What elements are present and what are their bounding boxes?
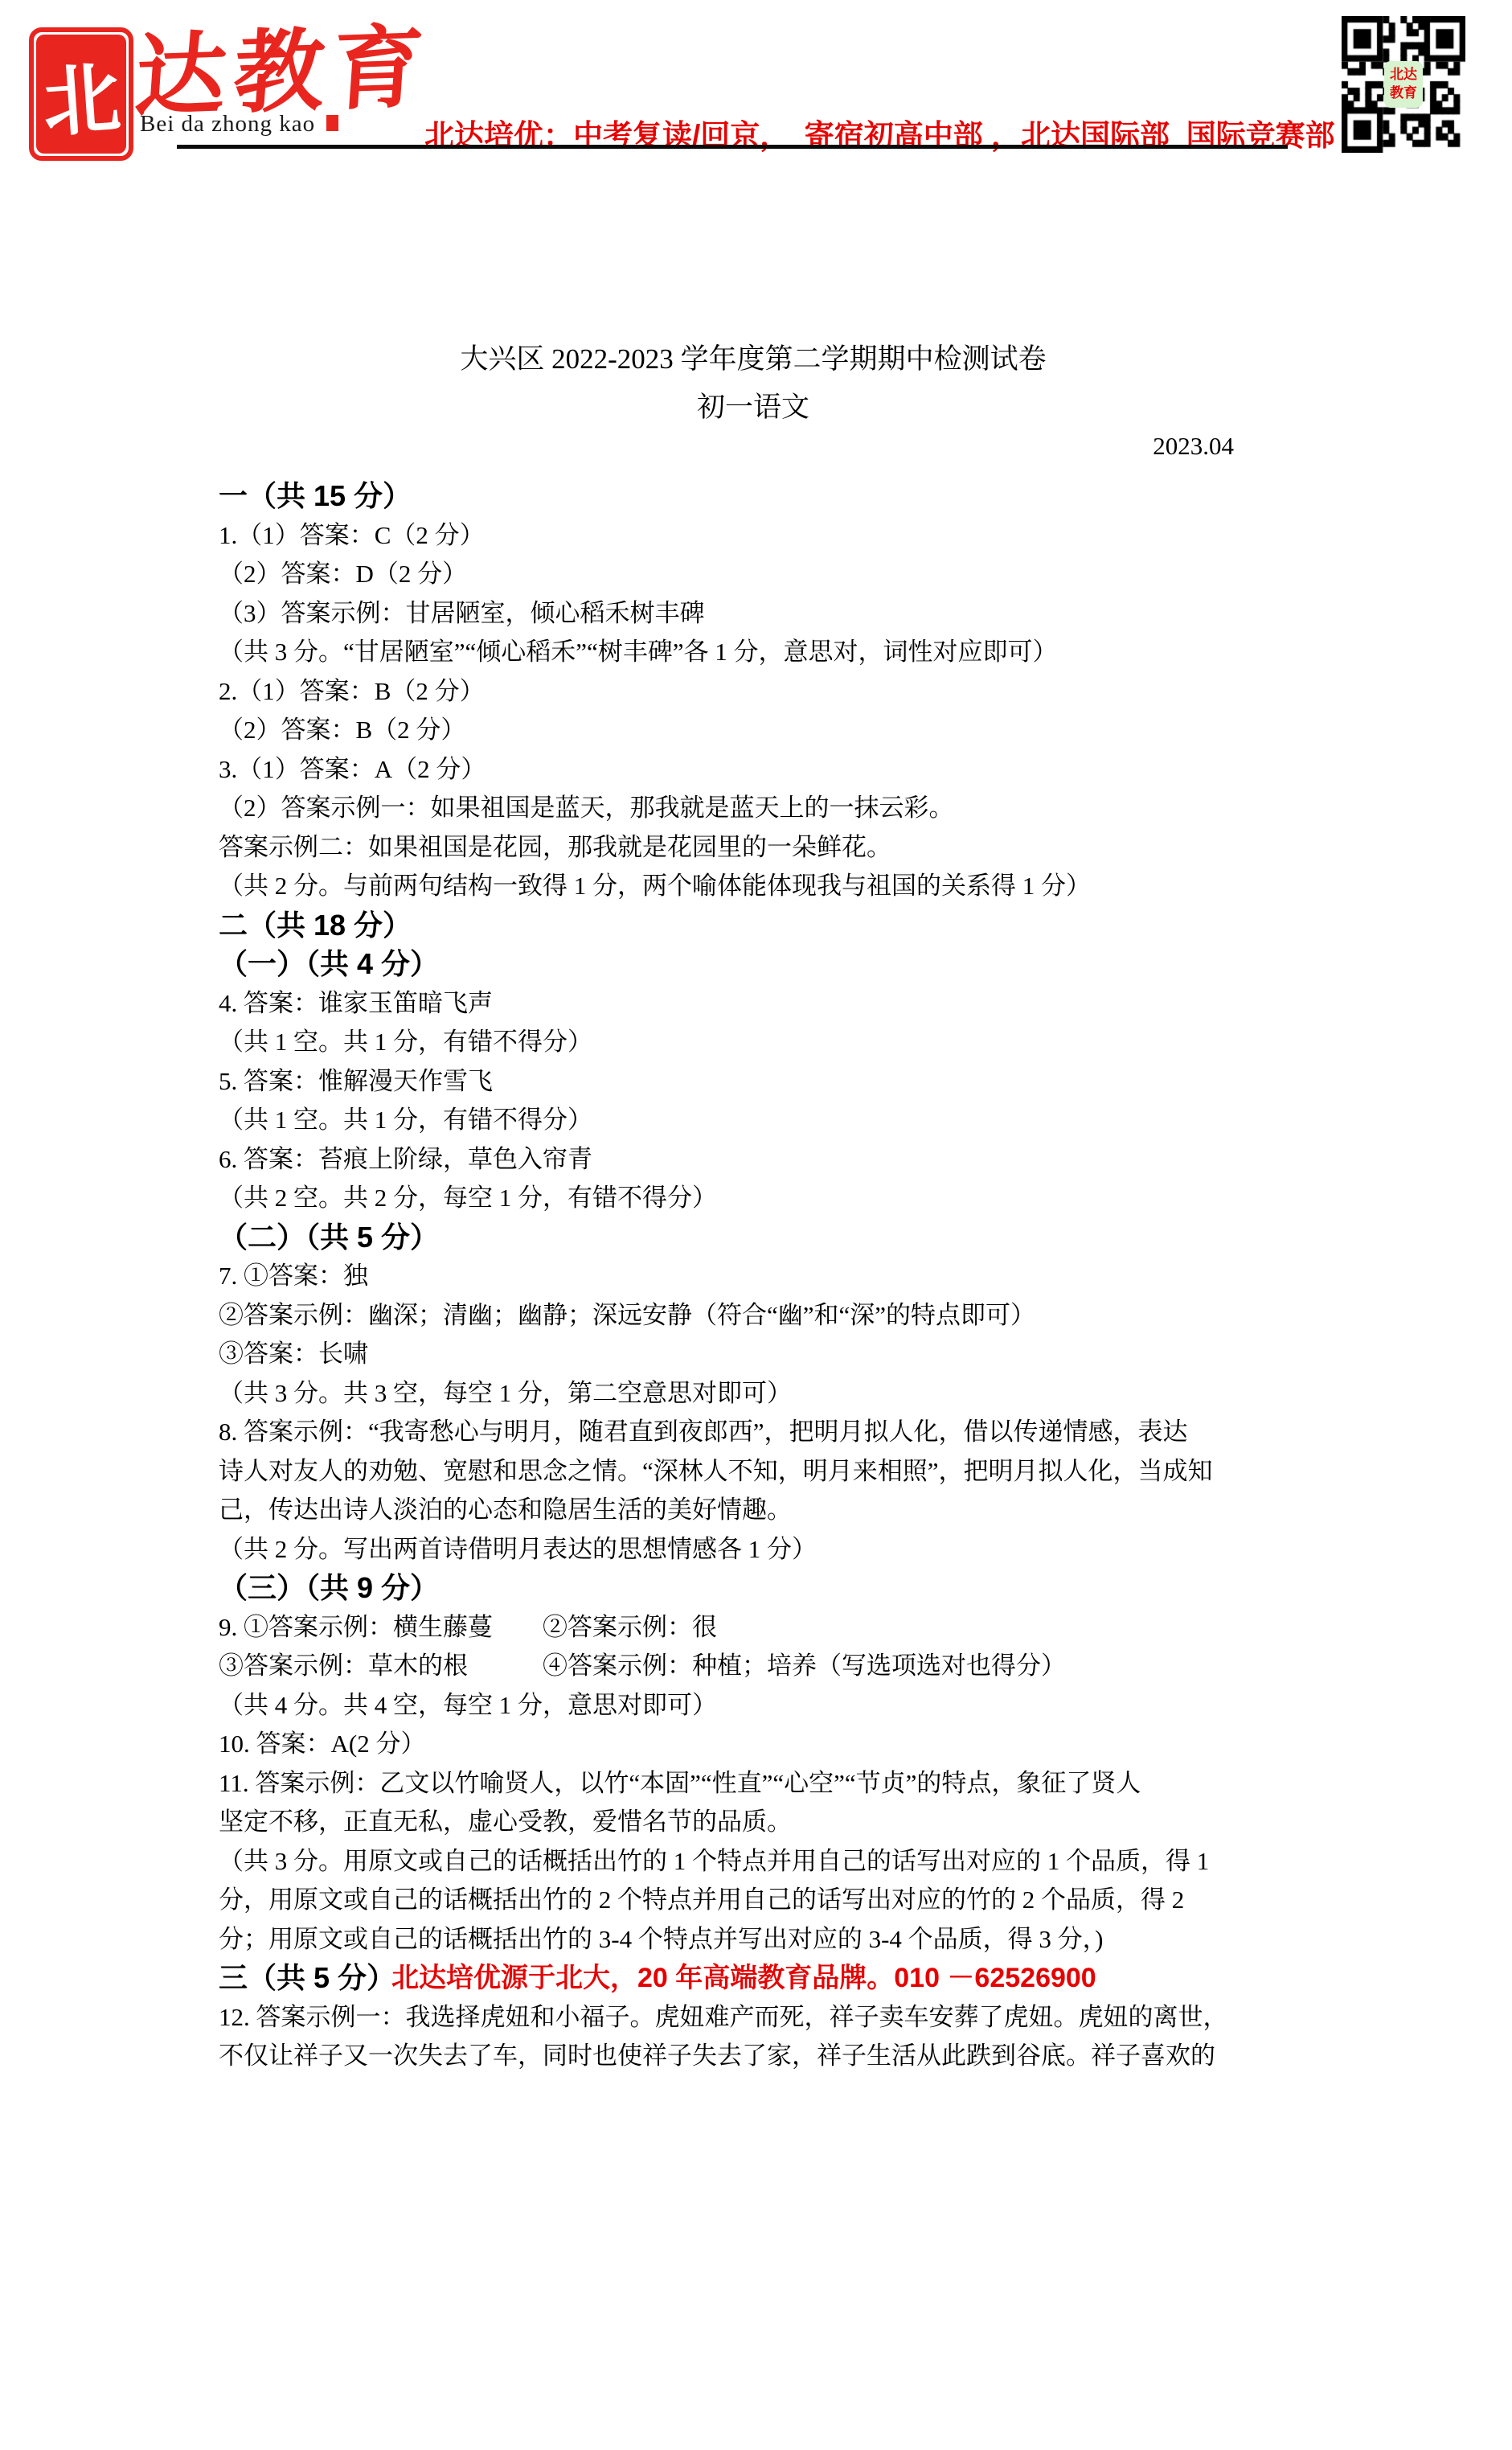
answer-line: （共 2 分。与前两句结构一致得 1 分，两个喻体能体现我与祖国的关系得 1 分… (219, 867, 1288, 906)
answer-line: 己，传达出诗人淡泊的心态和隐居生活的美好情趣。 (219, 1491, 1288, 1530)
section-heading: （三）（共 9 分） (219, 1569, 1288, 1608)
answer-line: （2）答案示例一：如果祖国是蓝天，那我就是蓝天上的一抹云彩。 (219, 789, 1288, 828)
watermark-red-line: 北达培优源于北大，20 年高端教育品牌。010 －62526900 (391, 1959, 1096, 1998)
qr-label-line1: 北达 (1390, 66, 1417, 84)
answer-line: 12. 答案示例一：我选择虎妞和小福子。虎妞难产而死，祥子卖车安葬了虎妞。虎妞的… (219, 1998, 1288, 2038)
answer-line: 诗人对友人的劝勉、宽慰和思念之情。“深林人不知，明月来相照”，把明月拟人化，当成… (219, 1452, 1288, 1492)
answer-line: 10. 答案：A(2 分） (219, 1725, 1288, 1764)
answer-line: （共 1 空。共 1 分，有错不得分） (219, 1101, 1288, 1140)
answer-line: 11. 答案示例：乙文以竹喻贤人，以竹“本固”“性直”“心空”“节贞”的特点，象… (219, 1764, 1288, 1804)
section-heading: 三（共 5 分）北达培优源于北大，20 年高端教育品牌。010 －6252690… (219, 1959, 1288, 1998)
answer-line: 坚定不移，正直无私，虚心受教，爱惜名节的品质。 (219, 1803, 1288, 1842)
answer-line: （共 3 分。用原文或自己的话概括出竹的 1 个特点并用自己的话写出对应的 1 … (219, 1842, 1288, 1882)
qr-center-label: 北达 教育 (1384, 61, 1423, 108)
logo-seal: 北 (29, 27, 133, 161)
section-heading: （一）（共 4 分） (219, 945, 1288, 984)
answer-line: 5. 答案：惟解漫天作雪飞 (219, 1062, 1288, 1102)
answer-line: 4. 答案：谁家玉笛暗飞声 (219, 984, 1288, 1024)
document-page: 北 达教育 Bei da zhong kao 北达培优：中考复读/回京， 寄宿初… (0, 0, 1512, 2450)
section-heading: 二（共 18 分） (219, 906, 1288, 946)
answer-line: 不仅让祥子又一次失去了车，同时也使祥子失去了家，祥子生活从此跌到谷底。祥子喜欢的 (219, 2037, 1288, 2076)
answer-lines: 一（共 15 分）1.（1）答案：C（2 分）（2）答案：D（2 分）（3）答案… (219, 477, 1288, 2076)
answer-line: 6. 答案：苔痕上阶绿，草色入帘青 (219, 1140, 1288, 1180)
section-heading: （二）（共 5 分） (219, 1218, 1288, 1258)
answer-line: ③答案示例：草木的根 ④答案示例：种植；培养（写选项选对也得分） (219, 1647, 1288, 1686)
qr-code: 北达 教育 (1342, 16, 1465, 153)
answer-line: （共 4 分。共 4 空，每空 1 分，意思对即可） (219, 1686, 1288, 1726)
answer-line: （共 3 分。共 3 空，每空 1 分，第二空意思对即可） (219, 1374, 1288, 1414)
qr-label-line2: 教育 (1390, 84, 1417, 103)
doc-subtitle: 初一语文 (219, 390, 1288, 425)
answer-sheet: 大兴区 2022-2023 学年度第二学期期中检测试卷 初一语文 2023.04… (219, 0, 1288, 2076)
answer-line: 1.（1）答案：C（2 分） (219, 516, 1288, 556)
answer-line: （2）答案：D（2 分） (219, 555, 1288, 594)
answer-line: （共 3 分。“甘居陋室”“倾心稻禾”“树丰碑”各 1 分，意思对，词性对应即可… (219, 633, 1288, 672)
answer-line: 3.（1）答案：A（2 分） (219, 750, 1288, 790)
logo-seal-char: 北 (39, 36, 123, 151)
answer-line: 2.（1）答案：B（2 分） (219, 672, 1288, 712)
answer-line: （共 1 空。共 1 分，有错不得分） (219, 1023, 1288, 1062)
answer-line: 分，用原文或自己的话概括出竹的 2 个特点并用自己的话写出对应的竹的 2 个品质… (219, 1881, 1288, 1920)
answer-line: （共 2 分。写出两首诗借明月表达的思想情感各 1 分） (219, 1530, 1288, 1570)
logo-seal-inner: 北 (36, 35, 126, 154)
answer-line: 7. ①答案：独 (219, 1257, 1288, 1296)
answer-line: ②答案示例：幽深；清幽；幽静；深远安静（符合“幽”和“深”的特点即可） (219, 1296, 1288, 1336)
section-heading-text: 三（共 5 分） (219, 1961, 395, 1994)
answer-line: （共 2 空。共 2 分，每空 1 分，有错不得分） (219, 1179, 1288, 1218)
doc-date: 2023.04 (219, 430, 1288, 462)
answer-line: 答案示例二：如果祖国是花园，那我就是花园里的一朵鲜花。 (219, 828, 1288, 868)
answer-line: （3）答案示例：甘居陋室，倾心稻禾树丰碑 (219, 594, 1288, 634)
section-heading: 一（共 15 分） (219, 477, 1288, 516)
answer-line: 9. ①答案示例：横生藤蔓 ②答案示例：很 (219, 1608, 1288, 1648)
answer-line: 8. 答案示例：“我寄愁心与明月，随君直到夜郎西”，把明月拟人化，借以传递情感，… (219, 1413, 1288, 1452)
answer-line: ③答案：长啸 (219, 1335, 1288, 1374)
doc-title: 大兴区 2022-2023 学年度第二学期期中检测试卷 (219, 342, 1288, 377)
answer-line: 分；用原文或自己的话概括出竹的 3-4 个特点并写出对应的 3-4 个品质，得 … (219, 1920, 1288, 1960)
answer-line: （2）答案：B（2 分） (219, 711, 1288, 750)
